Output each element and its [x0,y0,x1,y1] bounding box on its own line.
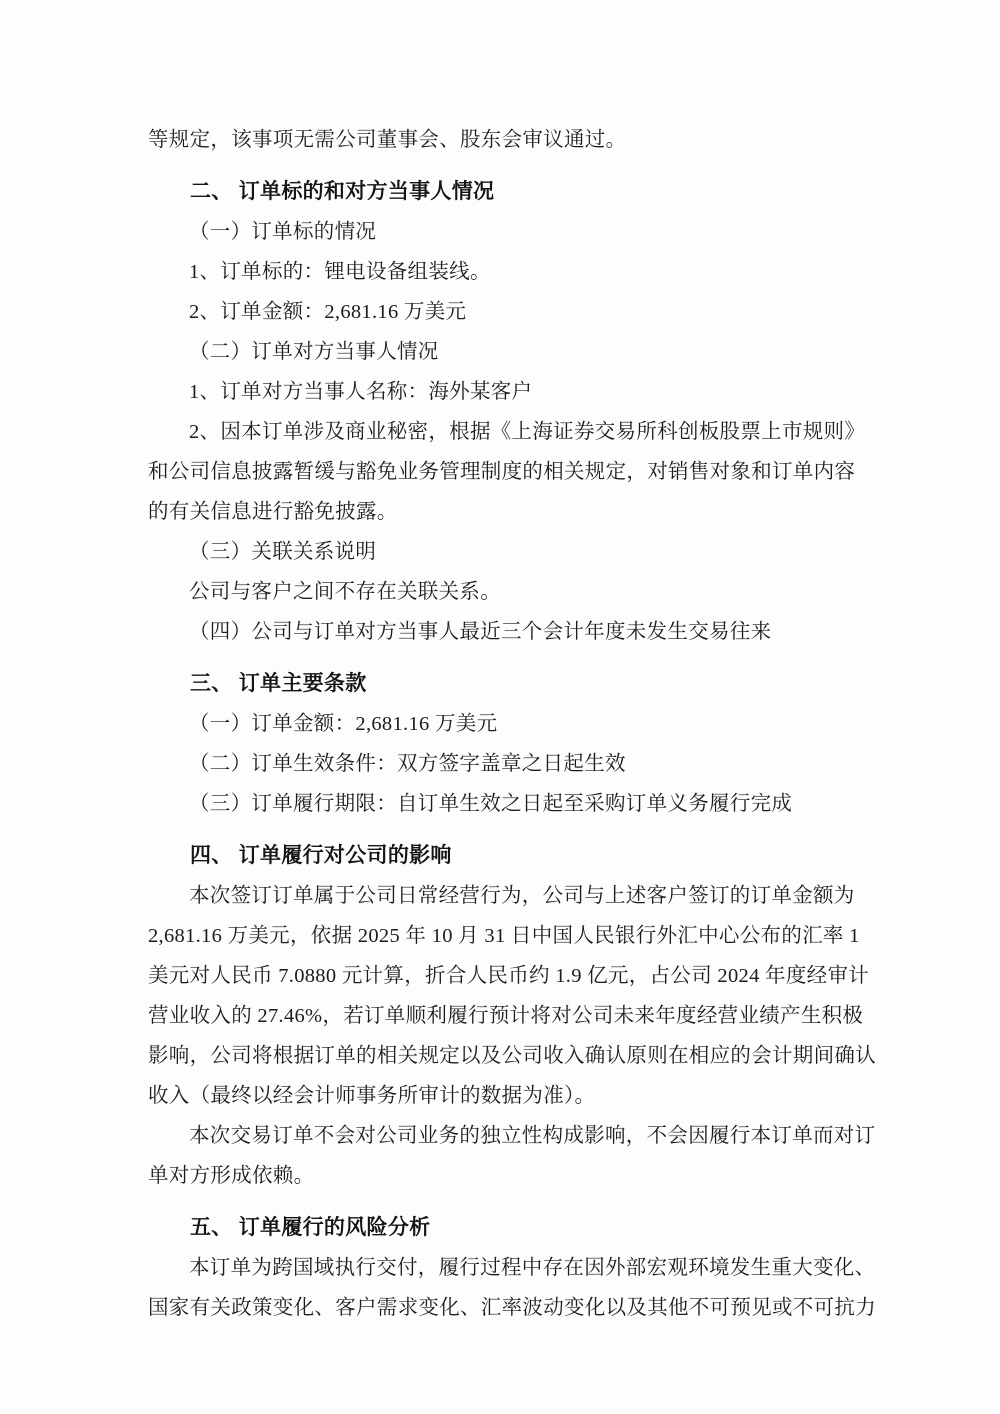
paragraph-financial-impact: 本次签订订单属于公司日常经营行为，公司与上述客户签订的订单金额为 2,681.1… [148,876,910,1116]
term-performance-period: （三）订单履行期限：自订单生效之日起至采购订单义务履行完成 [148,784,910,824]
heading-section-3-order-main-terms: 三、 订单主要条款 [148,664,910,704]
paragraph-independence-statement: 本次交易订单不会对公司业务的独立性构成影响，不会因履行本订单而对订 单对方形成依… [148,1116,910,1196]
heading-section-2-order-subject-and-counterparty: 二、 订单标的和对方当事人情况 [148,172,910,212]
page-content: 等规定，该事项无需公司董事会、股东会审议通过。 二、 订单标的和对方当事人情况 … [148,120,910,1328]
term-order-amount: （一）订单金额：2,681.16 万美元 [148,704,910,744]
item-order-subject-value: 1、订单标的：锂电设备组装线。 [148,252,910,292]
item-confidentiality-exemption: 2、因本订单涉及商业秘密，根据《上海证券交易所科创板股票上市规则》 和公司信息披… [148,412,910,532]
subheading-no-prior-transactions: （四）公司与订单对方当事人最近三个会计年度未发生交易往来 [148,612,910,652]
term-effective-condition: （二）订单生效条件：双方签字盖章之日起生效 [148,744,910,784]
subheading-counterparty: （二）订单对方当事人情况 [148,332,910,372]
item-counterparty-name: 1、订单对方当事人名称：海外某客户 [148,372,910,412]
document-page: 等规定，该事项无需公司董事会、股东会审议通过。 二、 订单标的和对方当事人情况 … [0,0,1000,1414]
paragraph-risk-factors: 本订单为跨国域执行交付，履行过程中存在因外部宏观环境发生重大变化、 国家有关政策… [148,1248,910,1328]
subheading-order-subject: （一）订单标的情况 [148,212,910,252]
subheading-related-party: （三）关联关系说明 [148,532,910,572]
item-order-amount: 2、订单金额：2,681.16 万美元 [148,292,910,332]
item-no-related-party: 公司与客户之间不存在关联关系。 [148,572,910,612]
heading-section-4-impact-on-company: 四、 订单履行对公司的影响 [148,836,910,876]
paragraph-approval-continuation: 等规定，该事项无需公司董事会、股东会审议通过。 [148,120,910,160]
heading-section-5-risk-analysis: 五、 订单履行的风险分析 [148,1208,910,1248]
